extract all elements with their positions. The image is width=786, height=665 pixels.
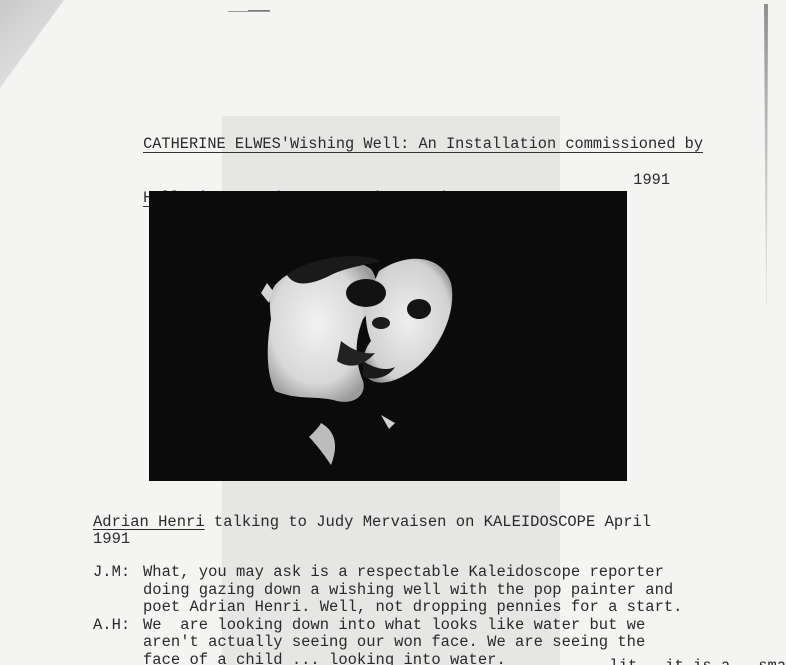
scanned-page: CATHERINE ELWES'Wishing Well: An Install… (0, 0, 786, 665)
speech-line: poet Adrian Henri. Well, not dropping pe… (143, 599, 733, 617)
speech-text: What, you may ask is a respectable Kalei… (143, 564, 733, 617)
byline: Adrian Henri talking to Judy Mervaisen o… (93, 514, 713, 548)
pencil-mark (228, 11, 270, 12)
cutoff-text-line: lit it is a small (535, 658, 786, 665)
speech-line: We are looking down into what looks like… (143, 617, 733, 635)
installation-photo (149, 191, 627, 481)
speaker-label: A.H: (93, 617, 143, 665)
title-year: 1991 (633, 171, 670, 189)
folded-corner (0, 0, 64, 88)
speech-line: doing gazing down a wishing well with th… (143, 582, 733, 600)
byline-text: talking to Judy Mervaisen on KALEIDOSCOP… (205, 513, 651, 531)
title-text-1: CATHERINE ELWES'Wishing Well: An Install… (143, 136, 703, 153)
page-edge-shadow (764, 4, 768, 304)
interview-transcript: J.M: What, you may ask is a respectable … (93, 564, 733, 665)
byline-author: Adrian Henri (93, 513, 205, 531)
byline-line-1: Adrian Henri talking to Judy Mervaisen o… (93, 514, 713, 531)
transcript-turn: J.M: What, you may ask is a respectable … (93, 564, 733, 617)
speech-line: aren't actually seeing our won face. We … (143, 634, 733, 652)
faces-image (149, 191, 627, 481)
title-line-1: CATHERINE ELWES'Wishing Well: An Install… (88, 117, 672, 171)
byline-line-2: 1991 (93, 531, 713, 548)
pencil-mark (248, 10, 270, 11)
speech-line: What, you may ask is a respectable Kalei… (143, 564, 733, 582)
speaker-label: J.M: (93, 564, 143, 617)
